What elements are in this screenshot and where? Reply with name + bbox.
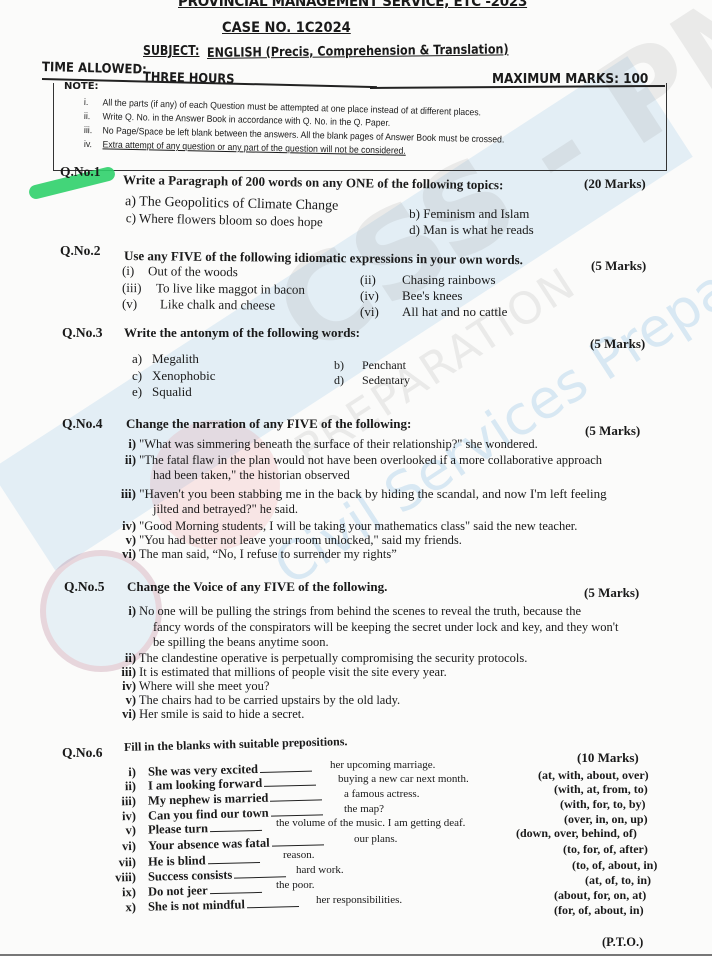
fill-blank-continuation: a famous actress. xyxy=(344,788,419,800)
time-allowed-label: TIME ALLOWED: xyxy=(42,60,147,78)
question-marks: (20 Marks) xyxy=(584,176,646,192)
list-item: (iii)To live like maggot in bacon xyxy=(122,280,305,298)
list-item: c) Where flowers bloom so does hope xyxy=(118,210,323,230)
list-item: (vi)All hat and no cattle xyxy=(360,304,507,320)
fill-blank-options: (to, for, of, after) xyxy=(563,842,648,857)
question-marks: (5 Marks) xyxy=(584,585,639,601)
question-number: Q.No.4 xyxy=(62,416,103,432)
question-number: Q.No.5 xyxy=(64,579,105,595)
list-item: (v)Like chalk and cheese xyxy=(122,296,275,314)
question-number: Q.No.1 xyxy=(60,164,101,180)
blank-field[interactable] xyxy=(271,835,323,846)
list-item: vi) The man said, “No, I refuse to surre… xyxy=(118,547,397,562)
note-box: NOTE: i.All the parts (if any) of each Q… xyxy=(53,83,667,171)
blank-field[interactable] xyxy=(234,867,286,878)
blank-field[interactable] xyxy=(264,776,316,787)
note-item: iv.Extra attempt of any question or any … xyxy=(84,139,406,156)
list-item: (ii)Chasing rainbows xyxy=(360,272,496,288)
question-marks: (5 Marks) xyxy=(591,258,646,274)
list-item-continuation: fancy words of the conspirators will be … xyxy=(153,620,619,635)
subject-label: SUBJECT: xyxy=(143,44,199,59)
blank-field[interactable] xyxy=(270,805,322,816)
question-marks: (5 Marks) xyxy=(585,423,640,439)
list-item: v) The chairs had to be carried upstairs… xyxy=(118,693,400,708)
question-title: Change the Voice of any FIVE of the foll… xyxy=(127,579,387,595)
question-title: Change the narration of any FIVE of the … xyxy=(126,416,411,432)
exam-title: PROVINCIAL MANAGEMENT SERVICE, ETC -2023 xyxy=(178,0,527,10)
fill-blank-options: (about, for, on, at) xyxy=(554,888,646,903)
case-number: CASE NO. 1C2024 xyxy=(222,20,351,36)
list-item: d) Man is what he reads xyxy=(402,222,534,238)
exam-paper-page: CSS - PMS PREPARATION Civil Services Pre… xyxy=(0,0,712,956)
list-item: b)Penchant xyxy=(334,358,406,373)
please-turn-over: (P.T.O.) xyxy=(602,935,643,950)
fill-blank-options: (at, of, to, in) xyxy=(585,873,651,888)
list-item: v) "You had better not leave your room u… xyxy=(118,533,462,548)
fill-blank-options: (to, of, about, in) xyxy=(572,858,657,873)
list-item: i) No one will be pulling the strings fr… xyxy=(120,604,581,619)
list-item: iii) "Haven't you been stabbing me in th… xyxy=(118,486,607,502)
list-item-continuation: jilted and betrayed?" he said. xyxy=(153,502,298,517)
list-item: iv) Where will she meet you? xyxy=(118,679,269,694)
blank-field[interactable] xyxy=(270,790,322,801)
list-item: ii) "The fatal flaw in the plan would no… xyxy=(118,453,602,468)
list-item: (i)Out of the woods xyxy=(122,263,238,280)
fill-blank-options: (over, in, on, up) xyxy=(564,812,648,827)
blank-field[interactable] xyxy=(207,853,259,864)
fill-blank-continuation: reason. xyxy=(283,849,314,861)
fill-blank-continuation: hard work. xyxy=(296,864,344,876)
list-item-continuation: be spilling the beans anytime soon. xyxy=(153,635,329,650)
question-number: Q.No.6 xyxy=(62,745,103,761)
fill-blank-continuation: our plans. xyxy=(354,833,397,845)
question-title: Write a Paragraph of 200 words on any ON… xyxy=(123,172,504,193)
list-item: b) Feminism and Islam xyxy=(402,206,529,222)
fill-blank-options: (with, at, from, to) xyxy=(554,782,648,797)
subject-value: ENGLISH (Precis, Comprehension & Transla… xyxy=(207,42,509,61)
fill-blank-continuation: the map? xyxy=(344,803,384,815)
list-item: d)Sedentary xyxy=(334,373,410,388)
question-number: Q.No.3 xyxy=(62,325,103,341)
list-item: i) "What was simmering beneath the surfa… xyxy=(118,437,538,452)
list-item: iv) "Good Morning students, I will be ta… xyxy=(118,519,577,534)
list-item: (iv)Bee's knees xyxy=(360,288,462,304)
list-item: iii) It is estimated that millions of pe… xyxy=(118,665,447,680)
list-item: ii) The clandestine operative is perpetu… xyxy=(118,651,527,666)
question-marks: (5 Marks) xyxy=(590,336,645,352)
fill-blank-continuation: her responsibilities. xyxy=(316,894,402,906)
question-number: Q.No.2 xyxy=(60,243,101,259)
fill-blank-continuation: buying a new car next month. xyxy=(338,773,469,785)
blank-field[interactable] xyxy=(260,762,312,773)
list-item: e)Squalid xyxy=(132,384,192,400)
fill-blank-options: (for, of, about, in) xyxy=(554,903,644,918)
question-title: Write the antonym of the following words… xyxy=(124,325,360,341)
fill-blank-continuation: the poor. xyxy=(276,879,315,891)
list-item: c)Xenophobic xyxy=(132,368,216,384)
blank-field[interactable] xyxy=(247,897,299,908)
list-item: vi) Her smile is said to hide a secret. xyxy=(118,707,304,722)
question-title: Fill in the blanks with suitable preposi… xyxy=(124,734,348,755)
fill-blank-options: (with, for, to, by) xyxy=(560,797,646,812)
fill-blank-continuation: her upcoming marriage. xyxy=(330,759,435,771)
fill-blank-continuation: the volume of the music. I am getting de… xyxy=(276,817,465,829)
fill-blank-options: (down, over, behind, of) xyxy=(516,826,637,841)
blank-field[interactable] xyxy=(210,883,262,894)
question-marks: (10 Marks) xyxy=(577,750,639,766)
fill-blank-options: (at, with, about, over) xyxy=(538,768,649,783)
list-item: a)Megalith xyxy=(132,351,199,367)
list-item-continuation: had been taken," the historian observed xyxy=(153,468,350,483)
blank-field[interactable] xyxy=(210,821,262,832)
note-title: NOTE: xyxy=(64,81,99,92)
